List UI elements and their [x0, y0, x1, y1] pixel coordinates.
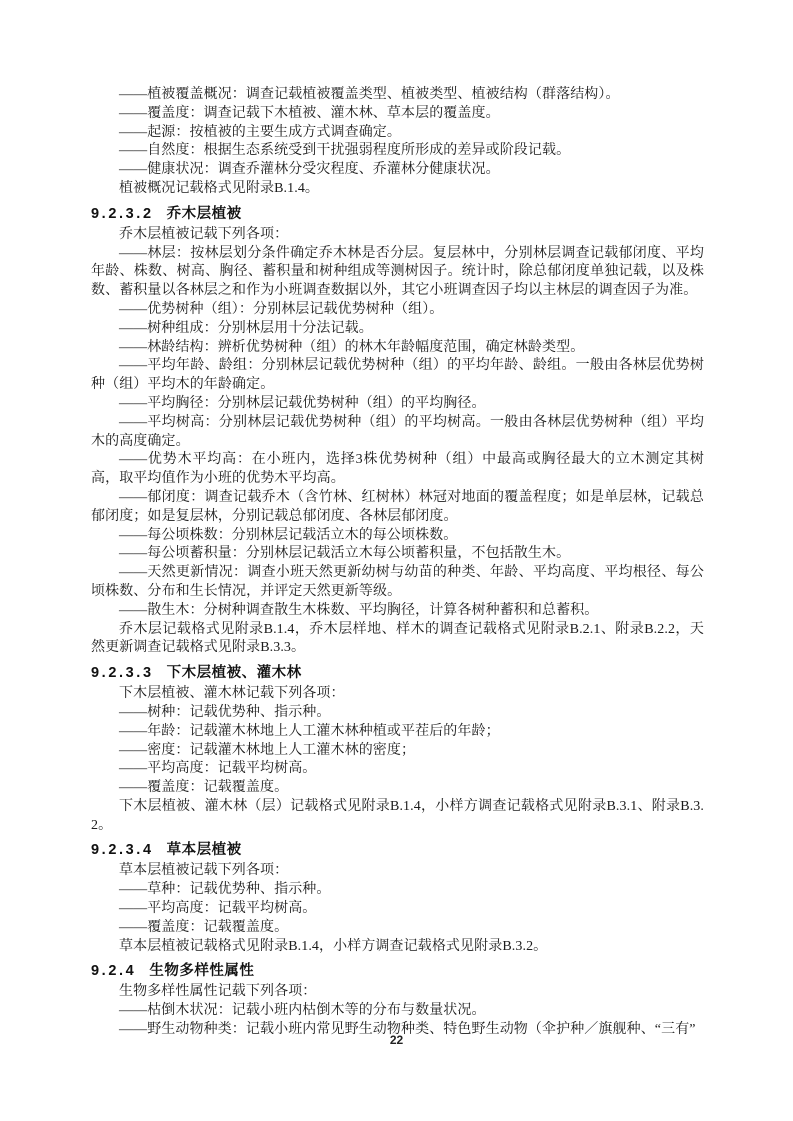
paragraph: 草本层植被记载格式见附录B.1.4，小样方调查记载格式见附录B.3.2。: [91, 938, 704, 957]
section-heading: 9.2.3.4草本层植被: [91, 840, 704, 860]
section-heading: 9.2.4生物多样性属性: [91, 961, 704, 981]
list-item: ——林层：按林层划分条件确定乔木林是否分层。复层林中，分别林层调查记载郁闭度、平…: [91, 245, 704, 301]
section-number: 9.2.3.2: [91, 206, 154, 222]
section-title: 草本层植被: [167, 842, 242, 858]
section-title: 乔木层植被: [167, 206, 242, 222]
section-title: 下木层植被、灌木林: [167, 665, 302, 681]
list-item: ——每公顷株数：分别林层记载活立木的每公顷株数。: [91, 527, 704, 546]
list-item: ——覆盖度：记载覆盖度。: [91, 919, 704, 938]
section-title: 生物多样性属性: [149, 963, 254, 979]
list-item: ——郁闭度：调查记载乔木（含竹林、红树林）林冠对地面的覆盖程度；如是单层林，记载…: [91, 489, 704, 527]
list-item: ——年龄：记载灌木林地上人工灌木林种植或平茬后的年龄；: [91, 723, 704, 742]
document-page: ——植被覆盖概况：调查记载植被覆盖类型、植被类型、植被结构（群落结构）。——覆盖…: [0, 0, 793, 1121]
page-number: 22: [390, 1033, 403, 1047]
paragraph: 下木层植被、灌木林（层）记载格式见附录B.1.4，小样方调查记载格式见附录B.3…: [91, 798, 704, 836]
list-item: ——优势木平均高：在小班内，选择3株优势树种（组）中最高或胸径最大的立木测定其树…: [91, 451, 704, 489]
list-item: ——草种：记载优势种、指示种。: [91, 881, 704, 900]
list-item: ——平均高度：记载平均树高。: [91, 760, 704, 779]
list-item: ——平均年龄、龄组：分别林层记载优势树种（组）的平均年龄、龄组。一般由各林层优势…: [91, 357, 704, 395]
list-item: ——自然度：根据生态系统受到干扰强弱程度所形成的差异或阶段记载。: [91, 142, 704, 161]
section-number: 9.2.3.4: [91, 842, 154, 858]
section-number: 9.2.4: [91, 963, 136, 979]
list-item: ——树种组成：分别林层用十分法记载。: [91, 320, 704, 339]
page-footer: 22: [0, 1031, 793, 1049]
document-content: ——植被覆盖概况：调查记载植被覆盖类型、植被类型、植被结构（群落结构）。——覆盖…: [91, 86, 704, 1040]
list-item: ——平均胸径：分别林层记载优势树种（组）的平均胸径。: [91, 395, 704, 414]
list-item: ——优势树种（组）：分别林层记载优势树种（组）。: [91, 301, 704, 320]
list-item: ——健康状况：调查乔灌林分受灾程度、乔灌林分健康状况。: [91, 161, 704, 180]
list-item: ——起源：按植被的主要生成方式调查确定。: [91, 124, 704, 143]
list-item: ——天然更新情况：调查小班天然更新幼树与幼苗的种类、年龄、平均高度、平均根径、每…: [91, 564, 704, 602]
list-item: ——每公顷蓄积量：分别林层记载活立木每公顷蓄积量，不包括散生木。: [91, 545, 704, 564]
list-item: ——平均高度：记载平均树高。: [91, 900, 704, 919]
paragraph: 草本层植被记载下列各项：: [91, 862, 704, 881]
list-item: ——平均树高：分别林层记载优势树种（组）的平均树高。一般由各林层优势树种（组）平…: [91, 414, 704, 452]
section-number: 9.2.3.3: [91, 665, 154, 681]
section-heading: 9.2.3.3下木层植被、灌木林: [91, 663, 704, 683]
section-heading: 9.2.3.2乔木层植被: [91, 204, 704, 224]
paragraph: 生物多样性属性记载下列各项：: [91, 983, 704, 1002]
list-item: ——覆盖度：调查记载下木植被、灌木林、草本层的覆盖度。: [91, 105, 704, 124]
list-item: ——密度：记载灌木林地上人工灌木林的密度；: [91, 742, 704, 761]
paragraph: 乔木层植被记载下列各项：: [91, 226, 704, 245]
list-item: ——树种：记载优势种、指示种。: [91, 704, 704, 723]
list-item: ——散生木：分树种调查散生木株数、平均胸径，计算各树种蓄积和总蓄积。: [91, 602, 704, 621]
paragraph: 下木层植被、灌木林记载下列各项：: [91, 685, 704, 704]
list-item: ——植被覆盖概况：调查记载植被覆盖类型、植被类型、植被结构（群落结构）。: [91, 86, 704, 105]
list-item: ——林龄结构：辨析优势树种（组）的林木年龄幅度范围，确定林龄类型。: [91, 339, 704, 358]
paragraph: 乔木层记载格式见附录B.1.4，乔木层样地、样木的调查记载格式见附录B.2.1、…: [91, 621, 704, 659]
list-item: ——覆盖度：记载覆盖度。: [91, 779, 704, 798]
paragraph: 植被概况记载格式见附录B.1.4。: [91, 180, 704, 199]
list-item: ——枯倒木状况：记载小班内枯倒木等的分布与数量状况。: [91, 1002, 704, 1021]
